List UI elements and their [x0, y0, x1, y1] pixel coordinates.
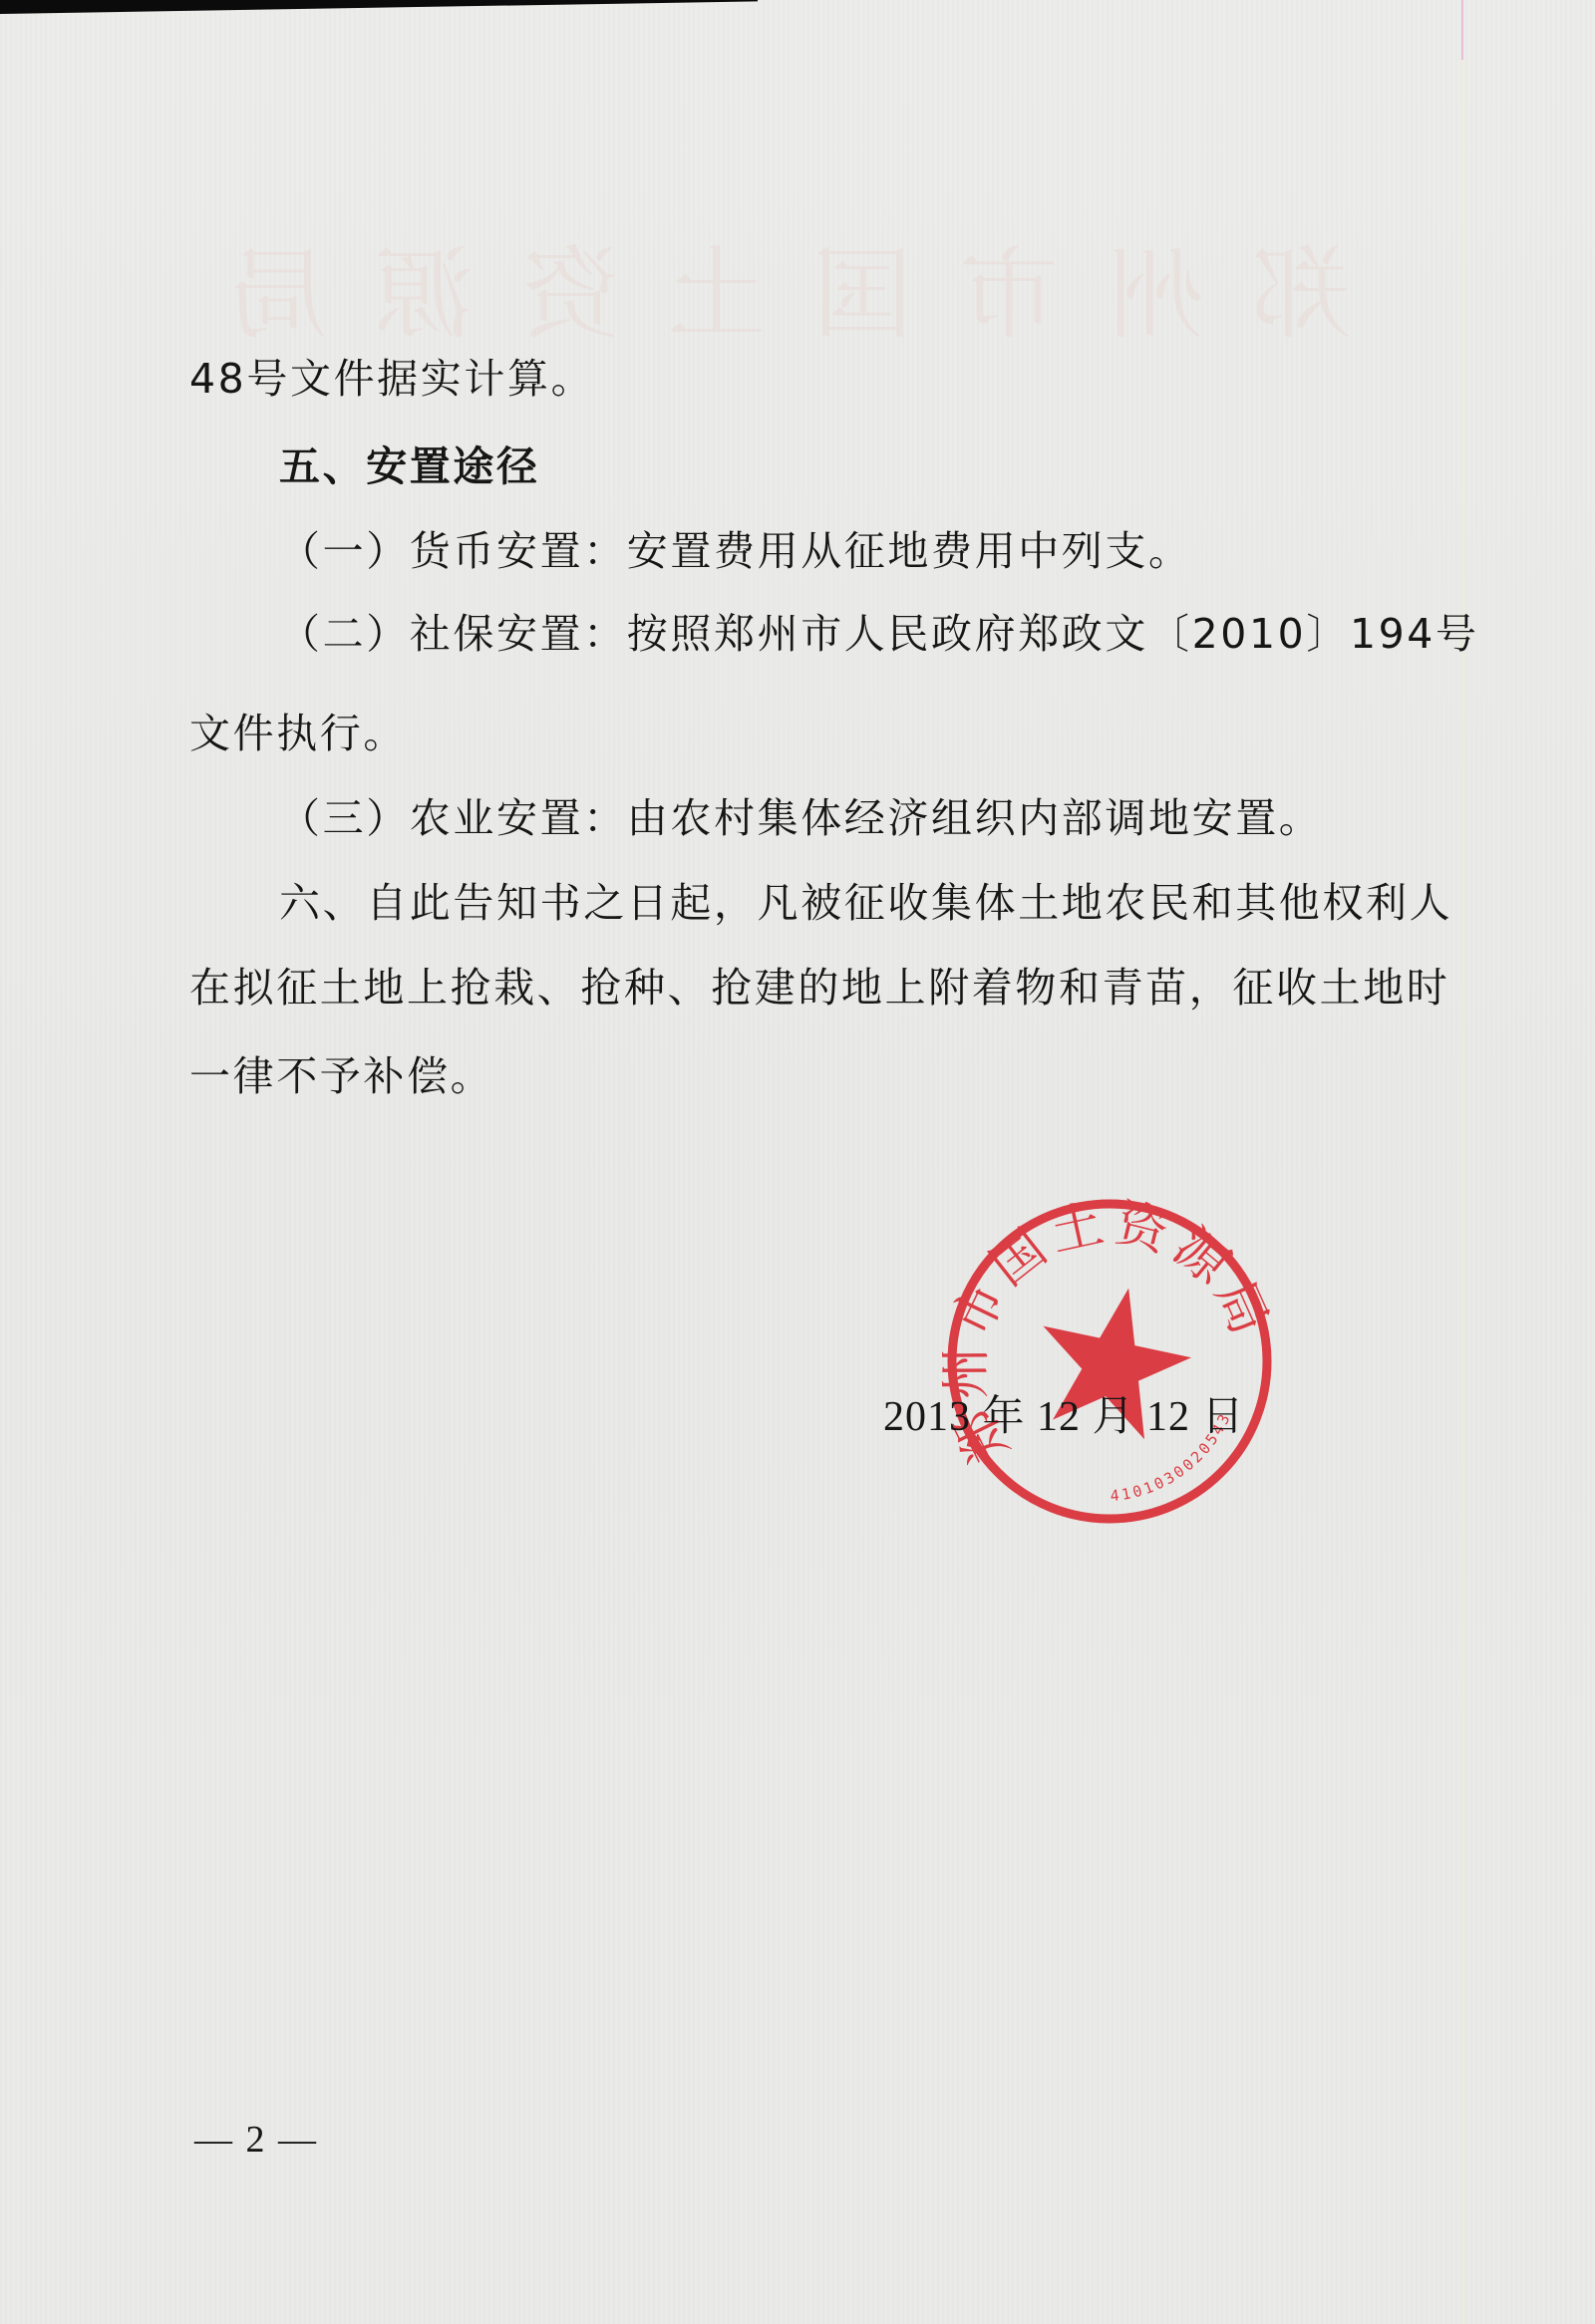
item-agricultural-resettlement: （三）农业安置：由农村集体经济组织内部调地安置。 [279, 790, 1322, 846]
item-monetary-resettlement: （一）货币安置：安置费用从征地费用中列支。 [279, 523, 1192, 579]
item-social-security-continuation: 文件执行。 [189, 706, 407, 761]
scan-artifact-line [1461, 0, 1463, 2324]
ghost-char: 源 [371, 214, 475, 358]
ghost-char: 国 [808, 214, 912, 358]
ghost-char: 土 [663, 214, 767, 358]
ghost-char: 市 [955, 214, 1059, 358]
body-line-continuation: 48号文件据实计算。 [189, 351, 594, 407]
item-social-security-resettlement: （二）社保安置：按照郑州市人民政府郑政文〔2010〕194号 [279, 606, 1479, 662]
issue-date: 2013 年 12 月 12 日 [883, 1389, 1245, 1445]
ghost-char: 郑 [1247, 214, 1351, 358]
ghost-letterhead: 郑 州 市 国 土 资 源 局 [224, 214, 1351, 358]
ghost-char: 州 [1101, 214, 1204, 358]
ghost-char: 资 [516, 214, 620, 358]
section-six-end: 一律不予补偿。 [189, 1048, 493, 1104]
official-seal: 郑州市国土资源局 4101030020543 [942, 1192, 1277, 1531]
section-six-notice: 六、自此告知书之日起，凡被征收集体土地农民和其他权利人 [279, 875, 1452, 931]
section-heading-resettlement: 五、安置途径 [279, 438, 540, 494]
section-six-continuation: 在拟征土地上抢栽、抢种、抢建的地上附着物和青苗，征收土地时 [189, 960, 1449, 1016]
page-number: — 2 — [194, 2115, 318, 2165]
ghost-char: 局 [224, 214, 328, 358]
